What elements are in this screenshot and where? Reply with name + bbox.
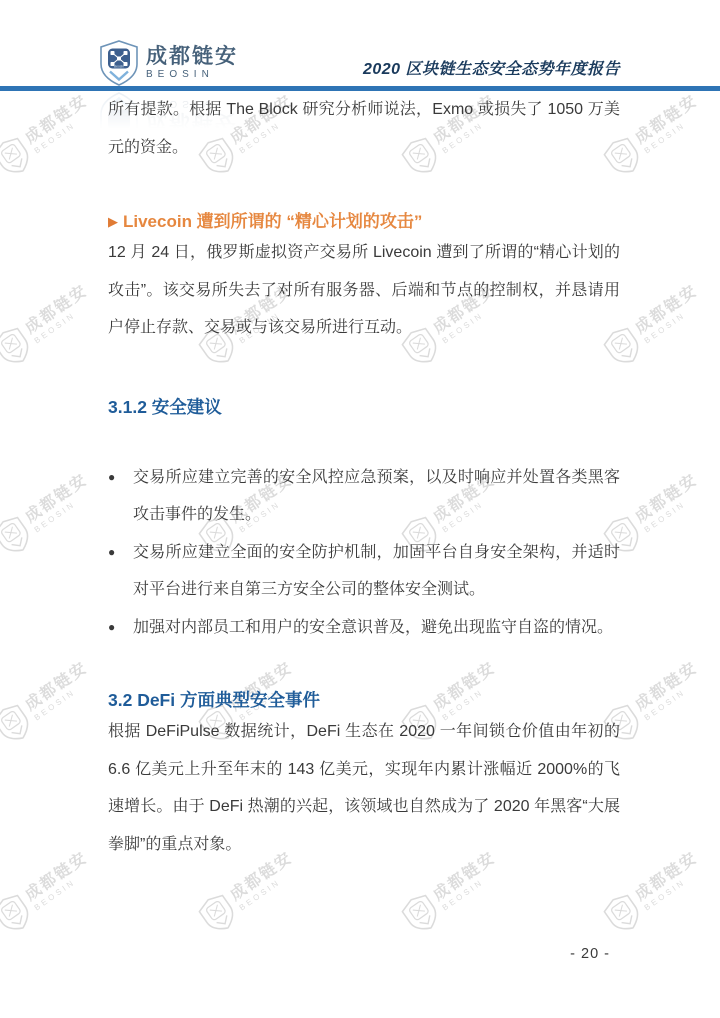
watermark-text-en: BEOSIN	[33, 675, 97, 723]
page-number: - 20 -	[570, 946, 610, 962]
watermark-text-en: BEOSIN	[643, 487, 707, 535]
watermark-text-en: BEOSIN	[33, 487, 97, 535]
watermark-text-en: BEOSIN	[441, 865, 505, 913]
section-heading-security-advice: 3.1.2 安全建议	[108, 394, 620, 420]
brand-name-cn: 成都链安	[146, 46, 238, 67]
watermark-tile: 成都链安BEOSIN	[0, 846, 100, 938]
paragraph-livecoin-detail: 12 月 24 日，俄罗斯虚拟资产交易所 Livecoin 遭到了所谓的“精心计…	[108, 234, 620, 347]
security-advice-list: ● 交易所应建立完善的安全风控应急预案，以及时响应并处置各类黑客攻击事件的发生。…	[108, 459, 620, 647]
bullet-icon: ●	[108, 609, 133, 647]
beosin-shield-icon: Beosin	[99, 40, 139, 86]
watermark-shield-icon	[600, 890, 647, 938]
watermark-tile: 成都链安BEOSIN	[0, 89, 100, 181]
watermark-text-cn: 成都链安	[23, 93, 91, 147]
watermark-shield-icon	[195, 890, 242, 938]
watermark-tile: 成都链安BEOSIN	[0, 468, 100, 560]
report-page: 成都链安BEOSIN成都链安BEOSIN成都链安BEOSIN成都链安BEOSIN…	[0, 0, 720, 1018]
bullet-text: 交易所应建立完善的安全风控应急预案，以及时响应并处置各类黑客攻击事件的发生。	[133, 459, 620, 534]
watermark-text-en: BEOSIN	[643, 108, 707, 156]
svg-text:Beosin: Beosin	[114, 65, 124, 69]
watermark-text-en: BEOSIN	[33, 865, 97, 913]
page-header: Beosin 成都链安 BEOSIN 2020 区块链生态安全态势年度报告	[0, 0, 720, 91]
watermark-shield-icon	[398, 890, 445, 938]
watermark-tile: 成都链安BEOSIN	[0, 656, 100, 748]
list-item: ● 加强对内部员工和用户的安全意识普及，避免出现监守自盗的情况。	[108, 609, 620, 647]
watermark-text-cn: 成都链安	[23, 472, 91, 526]
watermark-shield-icon	[0, 512, 37, 560]
heading-livecoin-text: Livecoin 遭到所谓的 “精心计划的攻击”	[123, 210, 422, 234]
watermark-text-en: BEOSIN	[33, 108, 97, 156]
watermark-shield-icon	[0, 700, 37, 748]
watermark-shield-icon	[0, 133, 37, 181]
watermark-text-cn: 成都链安	[23, 283, 91, 337]
watermark-text-cn: 成都链安	[633, 472, 701, 526]
watermark-text-en: BEOSIN	[643, 298, 707, 346]
watermark-text-en: BEOSIN	[33, 298, 97, 346]
document-body: 所有提款。根据 The Block 研究分析师说法，Exmo 或损失了 1050…	[108, 91, 620, 863]
watermark-text-cn: 成都链安	[633, 93, 701, 147]
watermark-text-cn: 成都链安	[633, 283, 701, 337]
bullet-text: 加强对内部员工和用户的安全意识普及，避免出现监守自盗的情况。	[133, 609, 620, 647]
watermark-text-cn: 成都链安	[23, 660, 91, 714]
watermark-text-en: BEOSIN	[643, 865, 707, 913]
watermark-shield-icon	[0, 323, 37, 371]
triangle-marker-icon: ▶	[108, 210, 118, 234]
watermark-shield-icon	[0, 890, 37, 938]
watermark-text-en: BEOSIN	[643, 675, 707, 723]
report-title: 2020 区块链生态安全态势年度报告	[363, 56, 620, 79]
bullet-icon: ●	[108, 459, 133, 534]
section-heading-defi: 3.2 DeFi 方面典型安全事件	[108, 687, 620, 713]
beosin-logo-text: 成都链安 BEOSIN	[146, 46, 238, 80]
list-item: ● 交易所应建立完善的安全风控应急预案，以及时响应并处置各类黑客攻击事件的发生。	[108, 459, 620, 534]
watermark-text-cn: 成都链安	[633, 850, 701, 904]
brand-name-en: BEOSIN	[146, 70, 238, 80]
watermark-text-cn: 成都链安	[633, 660, 701, 714]
watermark-text-cn: 成都链安	[23, 850, 91, 904]
watermark-tile: 成都链安BEOSIN	[0, 279, 100, 371]
watermark-text-en: BEOSIN	[238, 865, 302, 913]
paragraph-defi-growth: 根据 DeFiPulse 数据统计，DeFi 生态在 2020 一年间锁仓价值由…	[108, 713, 620, 863]
beosin-logo: Beosin 成都链安 BEOSIN	[99, 40, 238, 86]
paragraph-exmo-loss: 所有提款。根据 The Block 研究分析师说法，Exmo 或损失了 1050…	[108, 91, 620, 166]
heading-livecoin-attack: ▶ Livecoin 遭到所谓的 “精心计划的攻击”	[108, 210, 620, 234]
bullet-icon: ●	[108, 534, 133, 609]
list-item: ● 交易所应建立全面的安全防护机制，加固平台自身安全架构，并适时对平台进行来自第…	[108, 534, 620, 609]
bullet-text: 交易所应建立全面的安全防护机制，加固平台自身安全架构，并适时对平台进行来自第三方…	[133, 534, 620, 609]
